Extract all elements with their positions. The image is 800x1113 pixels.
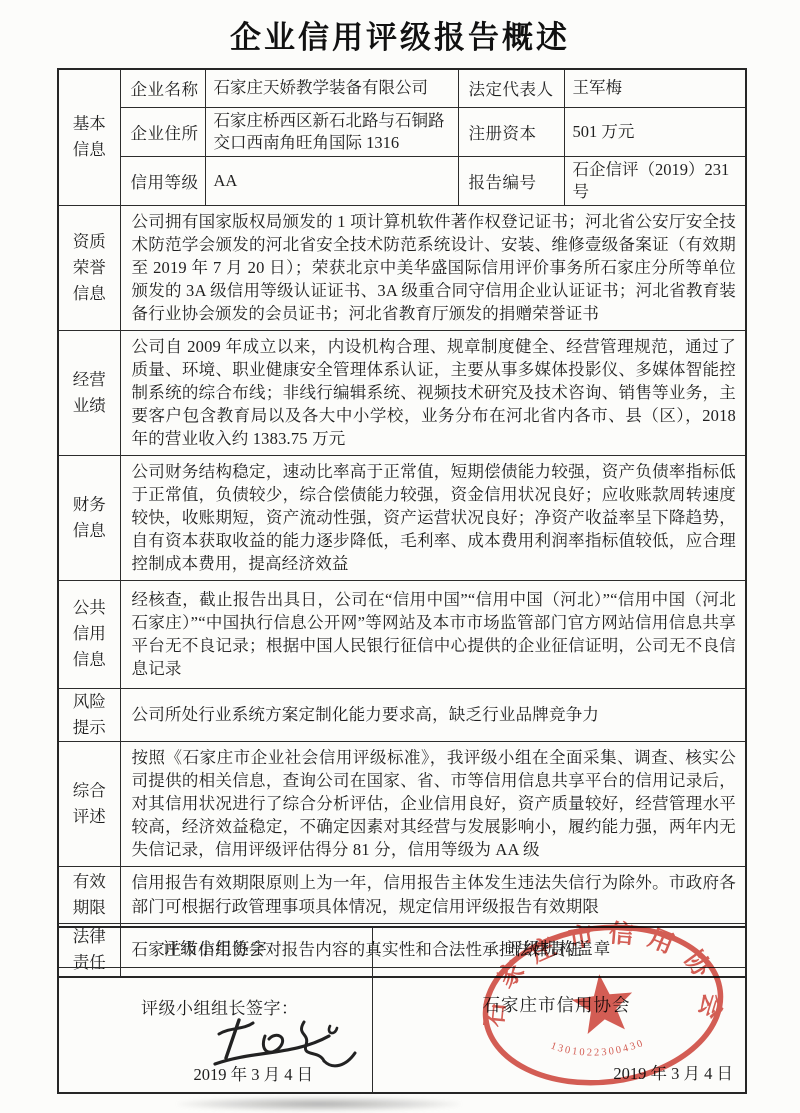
section-label-qualification-honor: 资质荣誉信息 — [58, 205, 120, 330]
section-text-business-performance: 公司自 2009 年成立以来，内设机构合理、规章制度健全、经营管理规范，通过了质… — [120, 330, 746, 455]
section-label-overall-review: 综合评述 — [58, 741, 120, 866]
page-title: 企业信用评级报告概述 — [0, 12, 800, 57]
section-label-risk-warning: 风险提示 — [58, 688, 120, 741]
section-row: 公共信用信息 经核查，截止报告出具日，公司在“信用中国”“信用中国（河北）”“信… — [58, 580, 746, 688]
section-text-validity-period: 信用报告有效期限原则上为一年，信用报告主体发生违法失信行为除外。市政府各部门可根… — [120, 866, 746, 923]
scan-smudge — [178, 1097, 460, 1111]
section-text-qualification-honor: 公司拥有国家版权局颁发的 1 项计算机软件著作权登记证书；河北省公安厅安全技术防… — [120, 205, 746, 330]
seal-number-text: 1301022300430 — [548, 1029, 647, 1064]
section-row: 财务信息 公司财务结构稳定，速动比率高于正常值，短期偿债能力较强，资产负债率指标… — [58, 455, 746, 580]
company-address-value: 石家庄桥西区新石北路与石铜路交口西南角旺角国际 1316 — [205, 107, 458, 156]
section-text-public-credit-info: 经核查，截止报告出具日，公司在“信用中国”“信用中国（河北）”“信用中国（河北石… — [120, 580, 746, 688]
team-signature-date: 2019 年 3 月 4 日 — [97, 1061, 372, 1085]
section-row: 经营业绩 公司自 2009 年成立以来，内设机构合理、规章制度健全、经营管理规范… — [58, 330, 746, 455]
section-label-basic-info: 基本信息 — [58, 69, 120, 205]
basic-info-row-3: 信用等级 AA 报告编号 石企信评（2019）231 号 — [58, 156, 746, 205]
section-text-risk-warning: 公司所处行业系统方案定制化能力要求高，缺乏行业品牌竞争力 — [120, 688, 746, 741]
section-label-business-performance: 经营业绩 — [58, 330, 120, 455]
section-label-validity-period: 有效期限 — [58, 866, 120, 923]
company-name-value: 石家庄天娇教学装备有限公司 — [205, 69, 458, 107]
basic-info-row-2: 企业住所 石家庄桥西区新石北路与石铜路交口西南角旺角国际 1316 注册资本 5… — [58, 107, 746, 156]
report-page: 企业信用评级报告概述 基本信息 企业名称 石家庄天娇教学装备有限公司 法定代表人… — [0, 0, 800, 1113]
section-row: 有效期限 信用报告有效期限原则上为一年，信用报告主体发生违法失信行为除外。市政府… — [58, 866, 746, 923]
report-number-value: 石企信评（2019）231 号 — [564, 156, 746, 205]
registered-capital-label: 注册资本 — [458, 107, 564, 156]
section-text-overall-review: 按照《石家庄市企业社会信用评级标准》，我评级小组在全面采集、调查、核实公司提供的… — [120, 741, 746, 866]
team-signature-cell: 评级小组组长签字： 2019 年 3 月 4 日 — [58, 967, 372, 1093]
section-label-financial-info: 财务信息 — [58, 455, 120, 580]
section-row: 资质荣誉信息 公司拥有国家版权局颁发的 1 项计算机软件著作权登记证书；河北省公… — [58, 205, 746, 330]
report-table: 基本信息 企业名称 石家庄天娇教学装备有限公司 法定代表人 王军梅 企业住所 石… — [57, 68, 747, 978]
legal-rep-label: 法定代表人 — [458, 69, 564, 107]
company-name-label: 企业名称 — [120, 69, 205, 107]
basic-info-row-1: 基本信息 企业名称 石家庄天娇教学装备有限公司 法定代表人 王军梅 — [58, 69, 746, 107]
seal-star-icon — [569, 971, 636, 1036]
credit-rating-value: AA — [205, 156, 458, 205]
section-row: 综合评述 按照《石家庄市企业社会信用评级标准》，我评级小组在全面采集、调查、核实… — [58, 741, 746, 866]
section-text-financial-info: 公司财务结构稳定，速动比率高于正常值，短期偿债能力较强，资产负债率指标低于正常值… — [120, 455, 746, 580]
registered-capital-value: 501 万元 — [564, 107, 746, 156]
official-seal: 石家庄市信用协会 1301022300430 — [477, 920, 729, 1090]
report-number-label: 报告编号 — [458, 156, 564, 205]
legal-rep-value: 王军梅 — [564, 69, 746, 107]
credit-rating-label: 信用等级 — [120, 156, 205, 205]
section-row: 风险提示 公司所处行业系统方案定制化能力要求高，缺乏行业品牌竞争力 — [58, 688, 746, 741]
section-label-public-credit-info: 公共信用信息 — [58, 580, 120, 688]
team-signature-header: 评级小组签字 — [58, 927, 372, 967]
company-address-label: 企业住所 — [120, 107, 205, 156]
